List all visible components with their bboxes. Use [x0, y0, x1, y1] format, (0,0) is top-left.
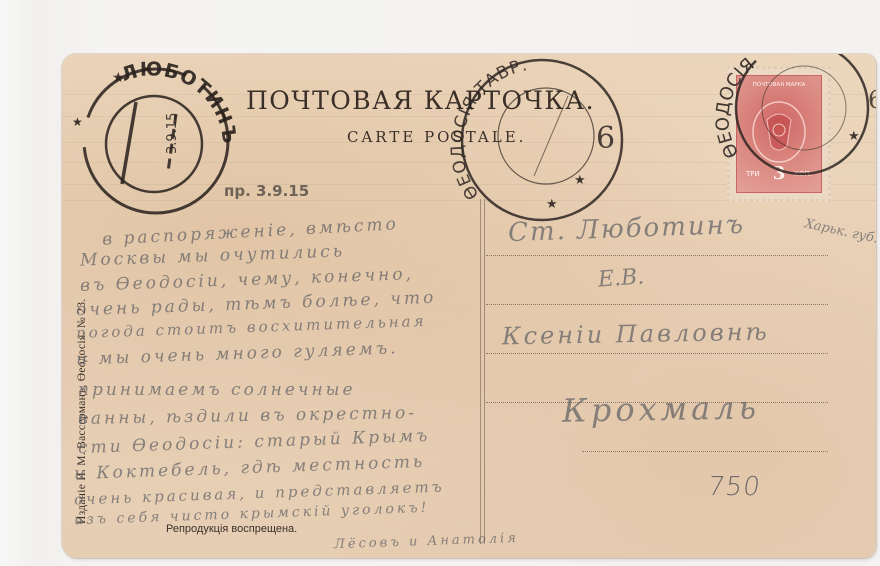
postmark-series: 6	[596, 121, 615, 156]
lyubotin-postmark: ЛЮБОТИНЪ 3.9.15 ★ ★	[66, 56, 246, 226]
address-line	[486, 255, 828, 256]
star-icon: ★	[546, 197, 558, 212]
address-recipient: Ксеніи Павловнѣ	[502, 318, 770, 351]
message-line: ванны, ѣздили въ окрестно-	[78, 403, 417, 429]
address-honorific: Е.В.	[597, 264, 645, 292]
feodosiya-stamp-cancel: ӨЕОДОСІЯ 6 ★	[712, 54, 876, 188]
address-line	[582, 451, 828, 452]
star-icon: ★	[848, 129, 860, 144]
message-line: и мы очень много гуляемъ.	[76, 338, 399, 369]
message-line: принимаемъ солнечные	[78, 380, 356, 400]
postmark-series: 6	[868, 86, 876, 114]
reproduction-notice: Репродукція воспрещена.	[166, 523, 297, 535]
address-province: Харьк. губ.	[803, 216, 876, 246]
address-line	[486, 353, 828, 354]
price-note: 750	[706, 472, 763, 502]
svg-text:ӨЕОДОСІЯ ТАВР.: ӨЕОДОСІЯ ТАВР.	[450, 56, 530, 203]
postmark-date: 3.9.15	[165, 113, 180, 154]
message-signature: Лёсовъ и Анатолія	[334, 531, 519, 552]
address-line	[486, 304, 828, 305]
postcard: ПОЧТОВАЯ КАРТОЧКА. CARTE POSTALE. Издані…	[62, 54, 876, 558]
star-icon: ★	[72, 115, 83, 129]
star-icon: ★	[574, 173, 586, 188]
postmark-town: ӨЕОДОСІЯ ТАВР.	[450, 56, 530, 203]
feodosiya-postmark: ӨЕОДОСІЯ ТАВР. 6 ★ ★	[450, 56, 630, 226]
divider-line	[480, 199, 485, 544]
address-surname: Крохмаль	[562, 388, 761, 429]
star-icon: ★	[112, 70, 125, 86]
